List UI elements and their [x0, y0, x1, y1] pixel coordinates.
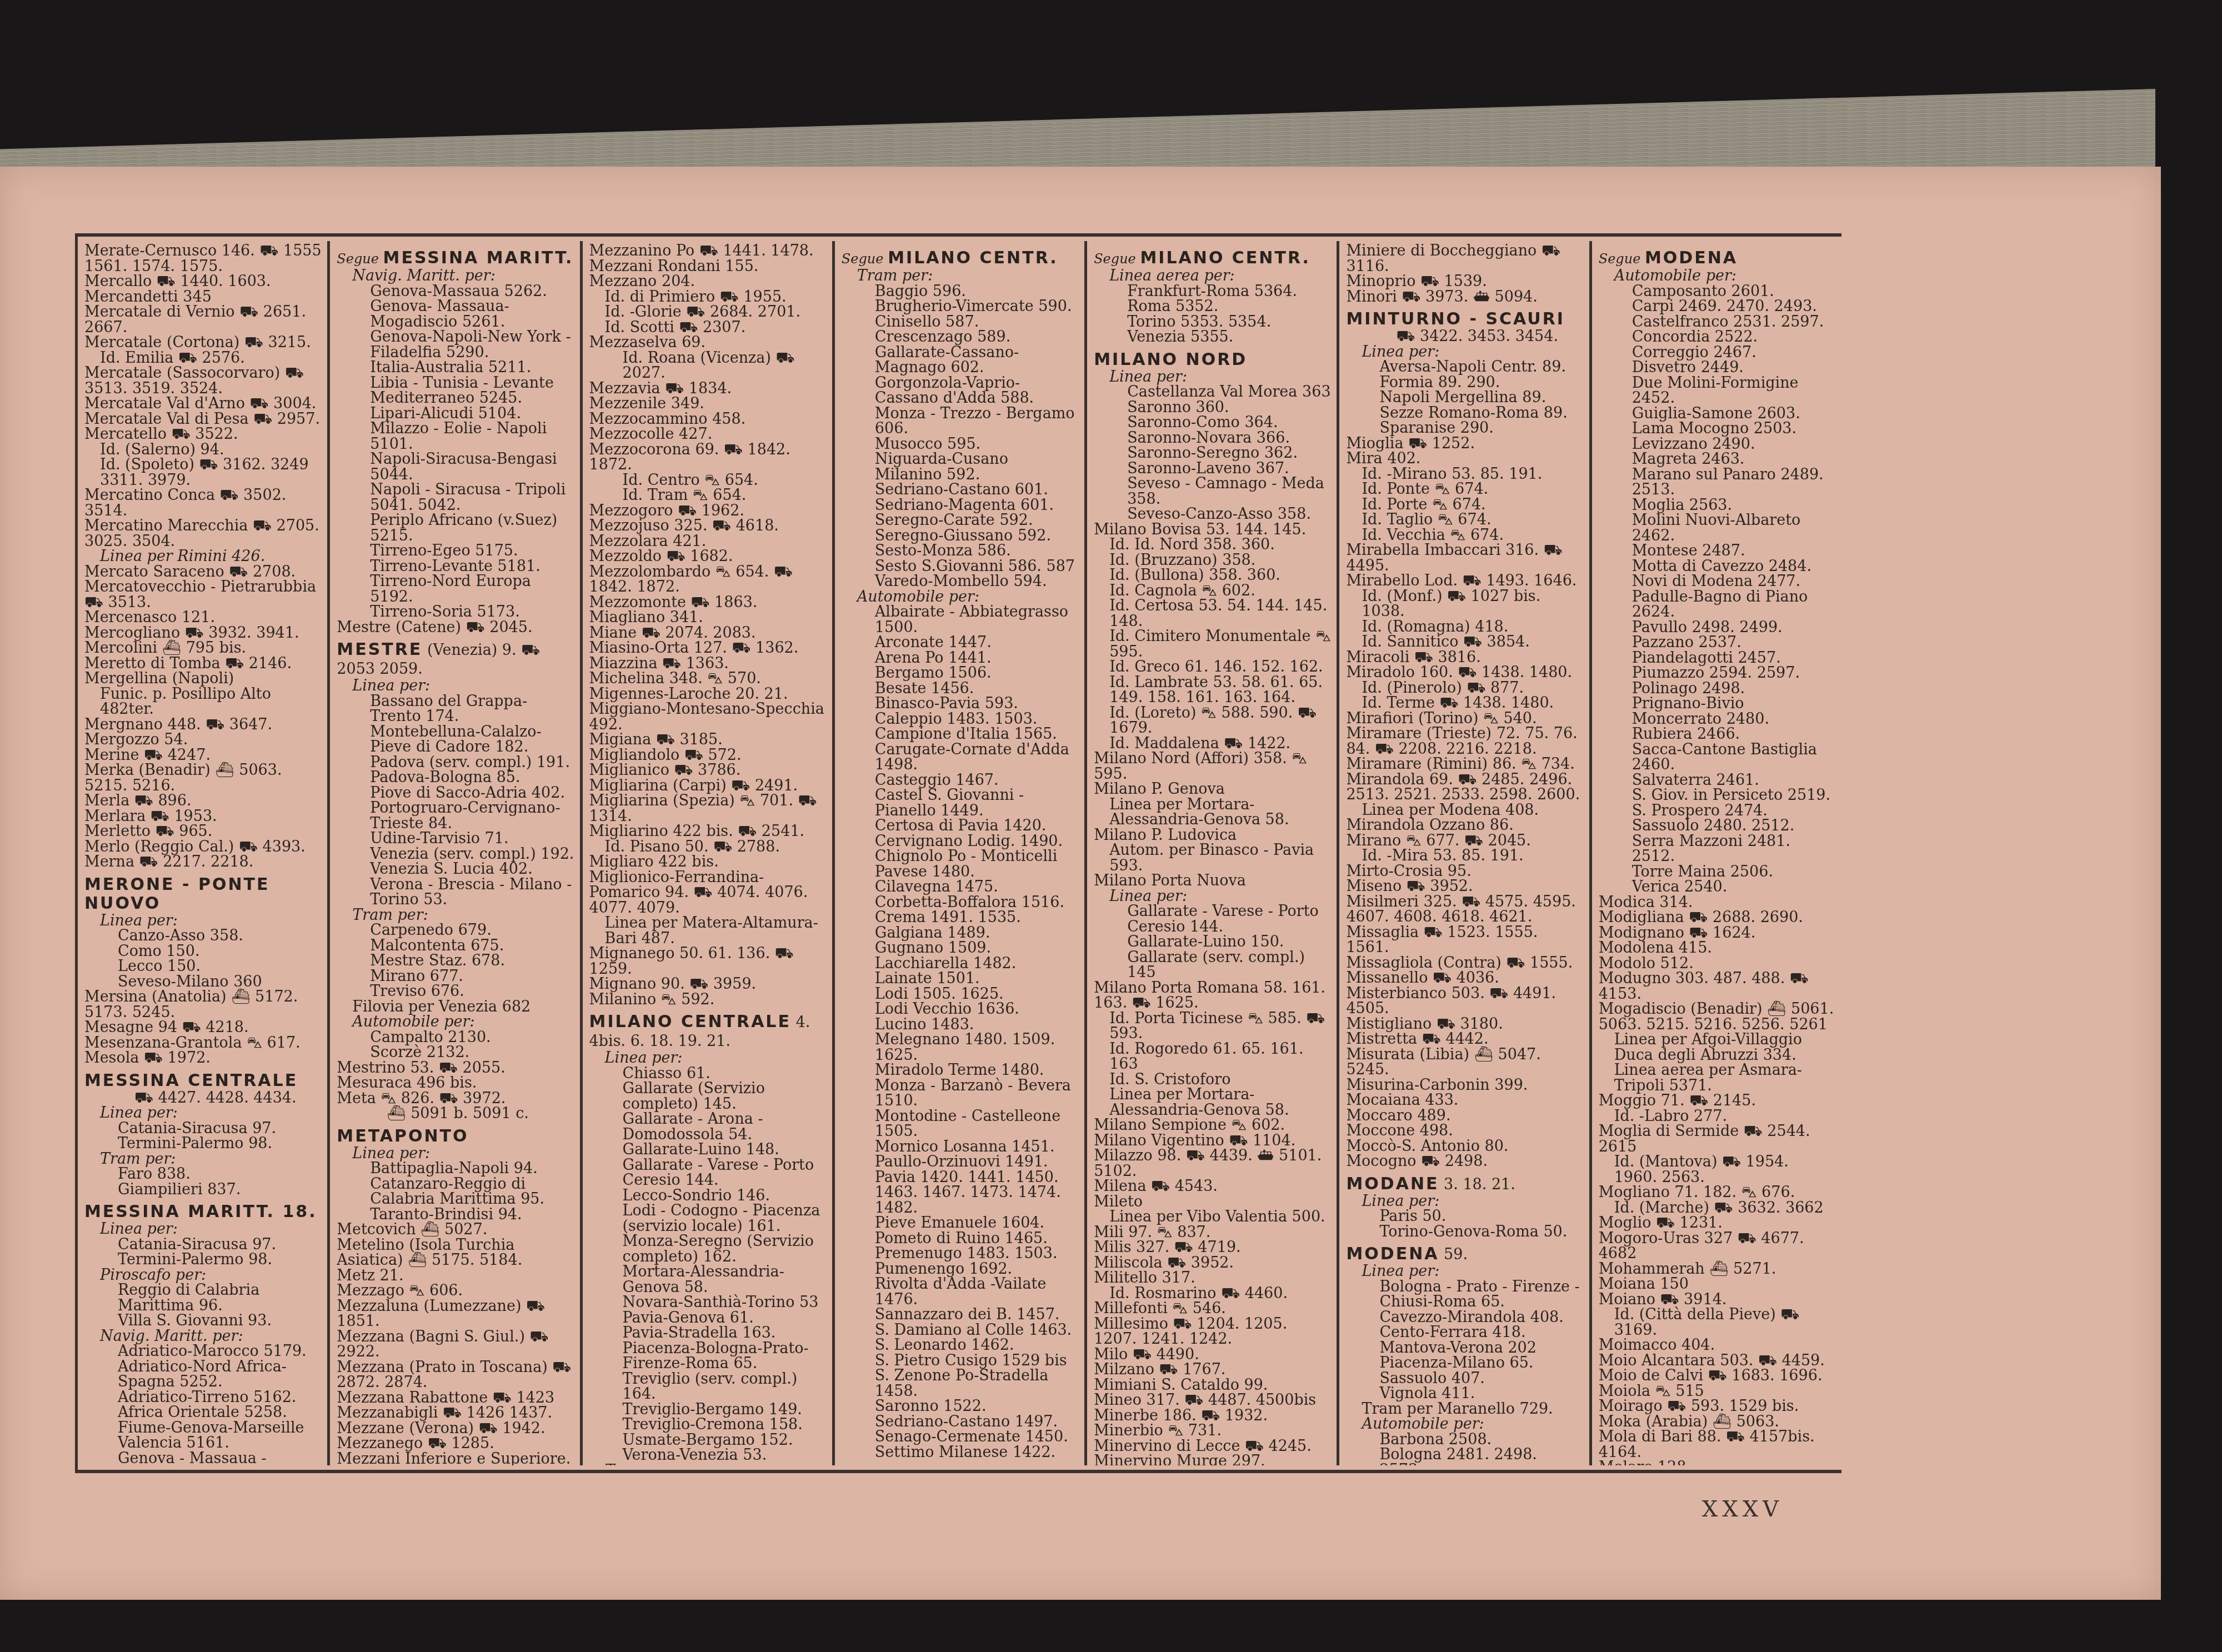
index-entry: Merletto ⛟ 965.	[84, 824, 322, 839]
index-entry: Sacca-Cantone Bastiglia 2460.	[1599, 742, 1836, 773]
index-entry: Saronno-Novara 366.	[1094, 430, 1331, 446]
index-entry: Mistigliano ⛟ 3180.	[1346, 1017, 1583, 1032]
index-entry: Tram per Maranello 729.	[1346, 1401, 1583, 1417]
index-column-3: Mezzanino Po ⛟ 1441. 1478.Mezzani Rondan…	[583, 241, 835, 1465]
index-entry: Id. (Pinerolo) ⛟ 877.	[1346, 680, 1583, 696]
index-entry: Mezzana Rabattone ⛟ 1423	[337, 1390, 574, 1406]
index-entry: Mignano 90. ⛟ 3959.	[589, 977, 827, 992]
station-heading: MERONE - PONTE NUOVO	[84, 875, 322, 913]
index-entry: Minervino di Lecce ⛟ 4245.	[1094, 1439, 1331, 1454]
index-entry: Moka (Arabia) ⛴ 5063.	[1599, 1414, 1836, 1430]
index-entry: Migliarina (Spezia) ⛍ 701. ⛟ 1314.	[589, 793, 827, 824]
index-entry: Cervignano Lodig. 1490.	[842, 834, 1079, 849]
index-entry: Miramare (Trieste) 72. 75. 76. 84. ⛟ 220…	[1346, 726, 1583, 757]
index-entry: Linea per Vibo Valentia 500.	[1094, 1209, 1331, 1225]
index-entry: Mezzomonte ⛟ 1863.	[589, 595, 827, 610]
index-entry: Giampilieri 837.	[84, 1182, 322, 1198]
index-entry: Moiana 150	[1599, 1276, 1836, 1292]
index-column-5: Segue MILANO CENTR.Linea aerea per:Frank…	[1087, 241, 1339, 1465]
index-entry: Sesto-Monza 586.	[842, 543, 1079, 559]
index-entry: Mercato Saraceno ⛟ 2708.	[84, 564, 322, 580]
index-entry: Senago-Cermenate 1450.	[842, 1429, 1079, 1445]
station-refs: 3. 18. 21.	[1439, 1176, 1515, 1193]
index-entry: Venezia 5355.	[1094, 329, 1331, 345]
index-entry: Crema 1491. 1535.	[842, 910, 1079, 925]
index-entry: Mezzolara 421.	[589, 534, 827, 549]
index-entry: Id. -Mira 53. 85. 191.	[1346, 848, 1583, 864]
index-entry: Moccaro 489.	[1346, 1108, 1583, 1124]
index-entry: Mercandetti 345	[84, 289, 322, 305]
index-entry: S. Zenone Po-Stradella 1458.	[842, 1368, 1079, 1399]
index-entry: Molare 128.	[1599, 1460, 1836, 1465]
index-entry: Cinisello 587.	[842, 314, 1079, 330]
index-entry: Saronno-Como 364.	[1094, 415, 1331, 430]
index-entry: Guiglia-Samone 2603.	[1599, 406, 1836, 422]
index-entry: Polinago 2498.	[1599, 681, 1836, 697]
index-page: Merate-Cernusco 146. ⛟ 1555 1561. 1574. …	[0, 167, 2161, 1600]
index-column-6: Miniere di Boccheggiano ⛟ 3116.Minoprio …	[1339, 241, 1592, 1465]
index-entry: Seregno-Carate 592.	[842, 513, 1079, 528]
index-entry: Moglia di Sermide ⛟ 2544. 2615	[1599, 1124, 1836, 1154]
index-entry: Bologna - Prato - Firenze - Chiusi-Roma …	[1346, 1279, 1583, 1310]
index-entry: Linea per Matera-Altamura-Bari 487.	[589, 915, 827, 946]
index-entry: Padova (serv. compl.) 191.	[337, 755, 574, 770]
index-entry: Modigliana ⛟ 2688. 2690.	[1599, 910, 1836, 925]
index-entry: Cento-Ferrara 418.	[1346, 1325, 1583, 1340]
index-entry: Metcovich ⛴ 5027.	[337, 1222, 574, 1238]
index-entry: Napoli-Siracusa-Bengasi 5044.	[337, 452, 574, 482]
index-entry: Marano sul Panaro 2489. 2513.	[1599, 467, 1836, 498]
index-entry: Mezzojuso 325. ⛟ 4618.	[589, 518, 827, 534]
index-entry: Mesagne 94 ⛟ 4218.	[84, 1020, 322, 1035]
index-entry: Chiasso 61.	[589, 1066, 827, 1082]
index-entry: Meta ⛍ 826. ⛟ 3972.	[337, 1091, 574, 1107]
index-entry: Castellanza Val Morea 363	[1094, 384, 1331, 400]
index-entry: Mergnano 448. ⛟ 3647.	[84, 717, 322, 733]
index-entry: Mestre (Catene) ⛟ 2045.	[337, 620, 574, 635]
index-entry: Millefonti ⛍ 546.	[1094, 1301, 1331, 1316]
index-entry: Musocco 595.	[842, 437, 1079, 452]
index-entry: Paullo-Orzinuovi 1491.	[842, 1154, 1079, 1170]
index-entry: Carpi 2469. 2470. 2493.	[1599, 299, 1836, 314]
index-entry: Moiola ⛍ 515	[1599, 1384, 1836, 1399]
station-name: MINTURNO - SCAURI	[1346, 309, 1565, 329]
index-entry: Mesuraca 496 bis.	[337, 1075, 574, 1091]
index-entry: Id. Certosa 53. 54. 144. 145. 148.	[1094, 598, 1331, 629]
index-entry: Lucino 1483.	[842, 1017, 1079, 1033]
index-entry: Mezzocolle 427.	[589, 427, 827, 442]
index-entry: Correggio 2467.	[1599, 345, 1836, 361]
index-column-2: Segue MESSINA MARITT.Navig. Maritt. per:…	[330, 241, 582, 1465]
index-entry: Salvaterra 2461.	[1599, 773, 1836, 788]
station-name: MESSINA CENTRALE	[84, 1071, 298, 1090]
index-entry: Tram per:	[84, 1152, 322, 1167]
station-heading: MODENA 59.	[1346, 1245, 1583, 1264]
index-entry: Miracoli ⛟ 3816.	[1346, 650, 1583, 665]
index-entry: Mercatale Val di Pesa ⛟ 2957.	[84, 412, 322, 427]
index-entry: Id. Emilia ⛟ 2576.	[84, 351, 322, 366]
index-entry: Malcontenta 675.	[337, 938, 574, 954]
index-entry: Milano Porta Romana 58. 161. 163. ⛟ 1625…	[1094, 980, 1331, 1011]
index-entry: Mezzago ⛍ 606.	[337, 1283, 574, 1299]
index-entry: Udine-Tarvisio 71.	[337, 831, 574, 847]
index-entry: Mogoro-Uras 327 ⛟ 4677. 4682	[1599, 1231, 1836, 1261]
index-entry: Catanzaro-Reggio di Calabria Marittima 9…	[337, 1177, 574, 1207]
index-entry: Venezia (serv. compl.) 192.	[337, 847, 574, 862]
index-entry: Torino-Genova-Roma 50.	[1346, 1224, 1583, 1240]
index-entry: Mistretta ⛟ 4442.	[1346, 1032, 1583, 1047]
index-entry: Mercatale (Sassocorvaro) ⛟ 3513. 3519. 3…	[84, 366, 322, 396]
index-entry: Militello 317.	[1094, 1270, 1331, 1286]
index-entry: Merla ⛟ 896.	[84, 793, 322, 809]
index-entry: Id. Centro ⛍ 654.	[589, 473, 827, 488]
index-entry: Modica 314.	[1599, 895, 1836, 910]
index-entry: Mineo 317. ⛟ 4487. 4500bis	[1094, 1393, 1331, 1408]
index-entry: Rubiera 2466.	[1599, 727, 1836, 742]
index-entry: Moccone 498.	[1346, 1123, 1583, 1139]
index-entry: Id. -Mirano 53. 85. 191.	[1346, 467, 1583, 482]
index-entry: Milano Sempione ⛍ 602.	[1094, 1118, 1331, 1133]
index-entry: Mercolini ⛴ 795 bis.	[84, 640, 322, 656]
index-entry: Miramare (Rimini) 86. ⛍ 734.	[1346, 757, 1583, 772]
index-entry: Linea per:	[84, 1222, 322, 1237]
index-entry: Moio de Calvi ⛟ 1683. 1696.	[1599, 1368, 1836, 1384]
index-entry: Minerbio ⛍ 731.	[1094, 1423, 1331, 1439]
index-entry: Novi di Modena 2477.	[1599, 574, 1836, 589]
index-entry: Id. Maddalena ⛟ 1422.	[1094, 736, 1331, 752]
index-entry: Catania-Siracusa 97.	[84, 1237, 322, 1253]
index-entry: Misurina-Carbonin 399.	[1346, 1078, 1583, 1093]
index-entry: Miradolo Terme 1480.	[842, 1063, 1079, 1078]
index-entry: Mezzocorona 69. ⛟ 1842. 1872.	[589, 442, 827, 473]
index-entry: Due Molini-Formigine 2452.	[1599, 376, 1836, 406]
index-entry: Id. Sannitico ⛟ 3854.	[1346, 634, 1583, 650]
index-entry: Verona-Venezia 53.	[589, 1448, 827, 1463]
index-entry: Mirandola Ozzano 86.	[1346, 818, 1583, 833]
index-entry: Linea per:	[337, 678, 574, 694]
index-entry: Galgiana 1489.	[842, 925, 1079, 941]
index-entry: Id. Vecchia ⛍ 674.	[1346, 528, 1583, 543]
index-entry: Mezzano 204.	[589, 274, 827, 289]
index-entry: Treviglio (serv. compl.) 164.	[589, 1371, 827, 1402]
index-entry: Id. Greco 61. 146. 152. 162.	[1094, 659, 1331, 675]
index-entry: Mezzaluna (Lumezzane) ⛟ 1851.	[337, 1299, 574, 1329]
index-entry: Moio Alcantara 503. ⛟ 4459.	[1599, 1353, 1836, 1369]
index-entry: Sannazzaro dei B. 1457.	[842, 1307, 1079, 1323]
index-entry: Automobile per:	[1599, 268, 1836, 284]
index-entry: Sedriano-Castano 601.	[842, 482, 1079, 498]
index-entry: Treviglio-Cremona 158.	[589, 1417, 827, 1433]
index-entry: Linea per Afgoi-Villaggio Duca degli Abr…	[1599, 1032, 1836, 1063]
index-entry: Id. Porte ⛍ 674.	[1346, 497, 1583, 513]
index-entry: Campalto 2130.	[337, 1030, 574, 1045]
index-entry: Moglio ⛟ 1231.	[1599, 1215, 1836, 1231]
index-entry: Minerbe 186. ⛟ 1932.	[1094, 1408, 1331, 1424]
index-entry: Mimiani S. Cataldo 99.	[1094, 1378, 1331, 1393]
index-entry: Moirago ⛟ 593. 1529 bis.	[1599, 1399, 1836, 1414]
index-entry: Disvetro 2449.	[1599, 360, 1836, 376]
index-entry: Id. (Salerno) 94.	[84, 442, 322, 458]
index-entry: Metelino (Isola Turchia Asiatica) ⛴ 5175…	[337, 1238, 574, 1268]
index-entry: Pavia-Genova 61.	[589, 1310, 827, 1326]
index-entry: Arena Po 1441.	[842, 650, 1079, 666]
index-entry: Formia 89. 290.	[1346, 375, 1583, 391]
index-entry: Fiume-Genova-Marseille Valencia 5161.	[84, 1420, 322, 1451]
index-entry: Chignolo Po - Monticelli Pavese 1480.	[842, 849, 1079, 879]
index-entry: Mergellina (Napoli)	[84, 671, 322, 687]
index-entry: Saronno-Laveno 367.	[1094, 461, 1331, 477]
index-entry: Migiana ⛟ 3185.	[589, 732, 827, 748]
index-entry: Milzano ⛟ 1767.	[1094, 1362, 1331, 1378]
index-entry: Miane ⛟ 2074. 2083.	[589, 625, 827, 641]
index-entry: Gorgonzola-Vaprio-Cassano d'Adda 588.	[842, 376, 1079, 406]
station-name: MERONE - PONTE NUOVO	[84, 875, 269, 913]
index-entry: Adriatico-Marocco 5179.	[84, 1344, 322, 1359]
index-entry: Miglionico-Ferrandina-Pomarico 94. ⛟ 407…	[589, 870, 827, 916]
index-entry: Mezzanego ⛟ 1285.	[337, 1436, 574, 1451]
index-entry: Melegnano 1480. 1509. 1625.	[842, 1032, 1079, 1063]
index-entry: Sassuolo 2480. 2512.	[1599, 818, 1836, 834]
index-entry: Carpenedo 679.	[337, 923, 574, 938]
station-name: MESSINA MARITT.	[383, 248, 574, 268]
index-entry: Mezzani Rondani 155.	[589, 259, 827, 274]
index-entry: Torre Maina 2506.	[1599, 864, 1836, 880]
index-entry: Seregno-Giussano 592.	[842, 528, 1079, 544]
index-entry: Id. (Loreto) ⛍ 588. 590. ⛟ 1679.	[1094, 705, 1331, 736]
index-entry: Miniere di Boccheggiano ⛟ 3116.	[1346, 243, 1583, 274]
index-entry: Cavezzo-Mirandola 408.	[1346, 1310, 1583, 1325]
index-entry: Cilavegna 1475.	[842, 879, 1079, 895]
index-entry: Gallarate-Cassano-Magnago 602.	[842, 345, 1079, 376]
index-entry: Mignanego 50. 61. 136. ⛟ 1259.	[589, 946, 827, 977]
index-entry: Mersina (Anatolia) ⛴ 5172. 5173. 5245.	[84, 989, 322, 1020]
index-entry: Arconate 1447.	[842, 635, 1079, 650]
index-entry: Merine ⛟ 4247.	[84, 748, 322, 763]
index-entry: Michelina 348. ⛍ 570.	[589, 671, 827, 687]
index-entry: Monza - Trezzo - Bergamo 606.	[842, 406, 1079, 437]
index-entry: Sesto S.Giovanni 586. 587	[842, 559, 1079, 574]
index-entry: Id. (Romagna) 418.	[1346, 619, 1583, 635]
station-heading: MINTURNO - SCAURI	[1346, 310, 1583, 329]
index-entry: Minoprio ⛟ 1539.	[1346, 274, 1583, 289]
index-entry: Id. Ponte ⛍ 674.	[1346, 482, 1583, 497]
index-entry: Paris 50.	[1346, 1209, 1583, 1224]
index-entry: Misterbianco 503. ⛟ 4491. 4505.	[1346, 986, 1583, 1017]
index-entry: Besate 1456.	[842, 681, 1079, 697]
index-entry: Moiano ⛟ 3914.	[1599, 1292, 1836, 1308]
index-entry: Millesimo ⛟ 1204. 1205. 1207. 1241. 1242…	[1094, 1316, 1331, 1347]
index-entry: Migennes-Laroche 20. 21.	[589, 687, 827, 702]
index-entry: Padulle-Bagno di Piano 2624.	[1599, 589, 1836, 620]
index-entry: Merna ⛟ 2217. 2218.	[84, 854, 322, 870]
index-entry: Piandelagotti 2457.	[1599, 650, 1836, 666]
index-entry: Africa Orientale 5258.	[84, 1405, 322, 1420]
index-entry: Pieve Emanuele 1604.	[842, 1215, 1079, 1231]
index-entry: Monza-Seregno (Servizio completo) 162.	[589, 1234, 827, 1264]
index-frame: Merate-Cernusco 146. ⛟ 1555 1561. 1574. …	[75, 233, 1841, 1473]
index-entry: Pavia 1420. 1441. 1450. 1463. 1467. 1473…	[842, 1170, 1079, 1216]
index-entry: S. Giov. in Persiceto 2519.	[1599, 788, 1836, 803]
index-entry: Tirreno-Soria 5173.	[337, 604, 574, 620]
index-entry: Id. (Mantova) ⛟ 1954. 1960. 2563.	[1599, 1154, 1836, 1185]
index-entry: Rivolta d'Adda -Vailate 1476.	[842, 1276, 1079, 1307]
index-entry: Mercatale di Vernio ⛟ 2651. 2667.	[84, 304, 322, 335]
index-entry: Miliscola ⛟ 3952.	[1094, 1255, 1331, 1271]
index-entry: Id. Roana (Vicenza) ⛟ 2027.	[589, 351, 827, 381]
index-entry: Mercatale (Cortona) ⛟ 3215.	[84, 335, 322, 351]
index-entry: Id. Rogoredo 61. 65. 161. 163	[1094, 1042, 1331, 1072]
index-entry: Niguarda-Cusano Milanino 592.	[842, 452, 1079, 482]
index-entry: Linea per Mortara-Alessandria-Genova 58.	[1094, 797, 1331, 828]
index-entry: Mezzaselva 69.	[589, 335, 827, 351]
index-entry: Albairate - Abbiategrasso 1500.	[842, 604, 1079, 635]
index-entry: Miradolo 160. ⛟ 1438. 1480.	[1346, 665, 1583, 680]
index-entry: Libia - Tunisia - Levante Mediterraneo 5…	[337, 376, 574, 406]
index-entry: Id. Id. Nord 358. 360.	[1094, 537, 1331, 553]
index-entry: Meretto di Tomba ⛟ 2146.	[84, 656, 322, 672]
index-entry: Tirreno-Egeo 5175.	[337, 543, 574, 559]
index-entry: Autom. per Binasco - Pavia 593.	[1094, 843, 1331, 873]
index-entry: Premenugo 1483. 1503.	[842, 1246, 1079, 1261]
index-entry: Gallarate - Varese - Porto Ceresio 144.	[589, 1158, 827, 1188]
index-entry: Castelfranco 2531. 2597.	[1599, 314, 1836, 330]
index-entry: Crescenzago 589.	[842, 329, 1079, 345]
index-entry: Faro 838.	[84, 1167, 322, 1182]
index-entry: S. Pietro Cusigo 1529 bis	[842, 1353, 1079, 1369]
index-entry: Magreta 2463.	[1599, 452, 1836, 467]
index-entry: Linea per Modena 408.	[1346, 803, 1583, 818]
index-entry: Baggio 596.	[842, 284, 1079, 299]
index-entry: Milena ⛟ 4543.	[1094, 1179, 1331, 1194]
index-entry: Mercatale Val d'Arno ⛟ 3004.	[84, 396, 322, 412]
index-entry: Mezzana (Prato in Toscana) ⛟ 2872. 2874.	[337, 1360, 574, 1390]
index-entry: Italia-Australia 5211.	[337, 360, 574, 376]
index-entry: Moccò-S. Antonio 80.	[1346, 1139, 1583, 1154]
index-entry: Caleppio 1483. 1503.	[842, 712, 1079, 727]
index-entry: Lecco 150.	[84, 959, 322, 974]
index-entry: Bergamo 1506.	[842, 665, 1079, 681]
index-entry: Mesola ⛟ 1972.	[84, 1050, 322, 1066]
index-entry: Mercatino Marecchia ⛟ 2705. 3025. 3504.	[84, 518, 322, 549]
station-name: MILANO CENTR.	[1140, 248, 1310, 268]
index-entry: Napoli Mergellina 89.	[1346, 390, 1583, 406]
index-entry: Brugherio-Vimercate 590.	[842, 299, 1079, 314]
index-entry: Novara-Santhià-Torino 53	[589, 1295, 827, 1310]
index-entry: Mirto-Crosia 95.	[1346, 864, 1583, 879]
index-entry: Corbetta-Boffalora 1516.	[842, 895, 1079, 910]
index-entry: Id. (Bruzzano) 358.	[1094, 553, 1331, 568]
index-entry: Miggiano-Montesano-Specchia 492.	[589, 702, 827, 732]
index-entry: Missaglia ⛟ 1523. 1555. 1561.	[1346, 925, 1583, 955]
index-entry: Linea per:	[84, 913, 322, 929]
index-entry: Aversa-Napoli Centr. 89.	[1346, 359, 1583, 375]
index-entry: Mirabella Imbaccari 316. ⛟ 4495.	[1346, 543, 1583, 573]
index-entry: Lecco-Sondrio 146.	[589, 1188, 827, 1204]
continued-label: Segue	[1094, 251, 1140, 267]
index-entry: Piumazzo 2594. 2597.	[1599, 665, 1836, 681]
index-entry: Lacchiarella 1482.	[842, 956, 1079, 972]
index-entry: Id. (Bullona) 358. 360.	[1094, 568, 1331, 583]
index-entry: Funic. p. Posillipo Alto 482ter.	[84, 687, 322, 717]
station-refs: 59.	[1439, 1246, 1468, 1263]
index-entry: Navig. Maritt. per:	[84, 1329, 322, 1344]
index-entry: Mocaiana 433.	[1346, 1093, 1583, 1108]
index-entry: Mocogno ⛟ 2498.	[1346, 1154, 1583, 1169]
index-entry: Periplo Africano (v.Suez) 5215.	[337, 513, 574, 543]
station-heading: Segue MESSINA MARITT.	[337, 249, 574, 268]
index-entry: Mioglia ⛟ 1252.	[1346, 436, 1583, 452]
index-entry: Mestre Staz. 678.	[337, 953, 574, 969]
index-entry: Linea per:	[1094, 889, 1331, 904]
index-entry: Merlara ⛟ 1953.	[84, 809, 322, 824]
index-entry: Gallarate - Varese - Porto Ceresio 144.	[1094, 904, 1331, 934]
index-entry: Mirano ⛍ 677. ⛟ 2045.	[1346, 833, 1583, 849]
index-entry: Linea aerea per Asmara-Tripoli 5371.	[1599, 1063, 1836, 1093]
index-entry: Genova- Massaua- Mogadiscio 5261.	[337, 299, 574, 329]
index-entry: Bassano del Grappa-Trento 174.	[337, 694, 574, 724]
index-entry: Mezzana (Bagni S. Giul.) ⛟ 2922.	[337, 1329, 574, 1360]
index-entry: ⛴ 5091 b. 5091 c.	[337, 1106, 574, 1122]
index-entry: Casteggio 1467.	[842, 773, 1079, 788]
index-entry: Molini Nuovi-Albareto 2462.	[1599, 513, 1836, 543]
station-heading: METAPONTO	[337, 1127, 574, 1146]
index-entry: Sedriano-Magenta 601.	[842, 498, 1079, 513]
index-entry: Catania-Siracusa 97.	[84, 1121, 322, 1137]
index-entry: Missanello ⛟ 4036.	[1346, 970, 1583, 986]
index-entry: Mezzanino Po ⛟ 1441. 1478.	[589, 243, 827, 259]
index-entry: Mirabello Lod. ⛟ 1493. 1646.	[1346, 573, 1583, 589]
index-entry: Misilmeri 325. ⛟ 4575. 4595. 4607. 4608.…	[1346, 894, 1583, 925]
index-entry: Mezzavia ⛟ 1834.	[589, 381, 827, 397]
index-entry: Scorzè 2132.	[337, 1045, 574, 1060]
station-heading: MESTRE (Venezia) 9. ⛟ 2053 2059.	[337, 640, 574, 678]
index-entry: Milazzo - Eolie - Napoli 5101.	[337, 421, 574, 452]
index-entry: Frankfurt-Roma 5364.	[1094, 284, 1331, 299]
index-entry: Id. Taglio ⛍ 674.	[1346, 512, 1583, 528]
index-columns: Merate-Cernusco 146. ⛟ 1555 1561. 1574. …	[78, 241, 1841, 1465]
index-entry: Milo ⛟ 4490.	[1094, 1347, 1331, 1363]
index-entry: Id. Tram ⛍ 654.	[589, 488, 827, 503]
index-entry: ⛟ 3422. 3453. 3454.	[1346, 329, 1583, 344]
station-name: METAPONTO	[337, 1127, 468, 1146]
index-entry: Mirafiori (Torino) ⛍ 540.	[1346, 711, 1583, 727]
index-entry: Napoli - Siracusa - Tripoli 5041. 5042.	[337, 482, 574, 513]
index-entry: Milano Porta Nuova	[1094, 873, 1331, 889]
index-entry: Linea per:	[1346, 1264, 1583, 1279]
index-entry: Milano P. Genova	[1094, 782, 1331, 797]
index-entry: Camposanto 2601.	[1599, 284, 1836, 299]
station-heading: Segue MILANO CENTR.	[842, 249, 1079, 268]
index-entry: Sezze Romano-Roma 89.	[1346, 406, 1583, 421]
index-entry: Villa S. Giovanni 93.	[84, 1313, 322, 1329]
index-entry: Mergozzo 54.	[84, 732, 322, 748]
index-entry: Navig. Maritt. per:	[337, 268, 574, 284]
index-entry: Verona - Brescia - Milano - Torino 53.	[337, 877, 574, 908]
continued-label: Segue	[337, 251, 383, 267]
index-entry: Misurata (Libia) ⛴ 5047. 5245.	[1346, 1047, 1583, 1078]
index-entry: Piroscafo per:	[84, 1268, 322, 1283]
index-entry: Sparanise 290.	[1346, 420, 1583, 436]
index-entry: Metz 21.	[337, 1268, 574, 1284]
index-entry: Miglianico ⛟ 3786.	[589, 763, 827, 778]
index-entry: Linea per:	[337, 1146, 574, 1162]
index-entry: Mezzolombardo ⛍ 654. ⛟ 1842. 1872.	[589, 564, 827, 595]
index-entry: Seveso - Camnago - Meda 358.	[1094, 476, 1331, 507]
index-entry: Portogruaro-Cervignano-Trieste 84.	[337, 800, 574, 831]
index-entry: Sassuolo 407.	[1346, 1371, 1583, 1386]
index-entry: Mirandola 69. ⛟ 2485. 2496. 2513. 2521. …	[1346, 772, 1583, 803]
index-entry: Tram per:	[337, 908, 574, 923]
